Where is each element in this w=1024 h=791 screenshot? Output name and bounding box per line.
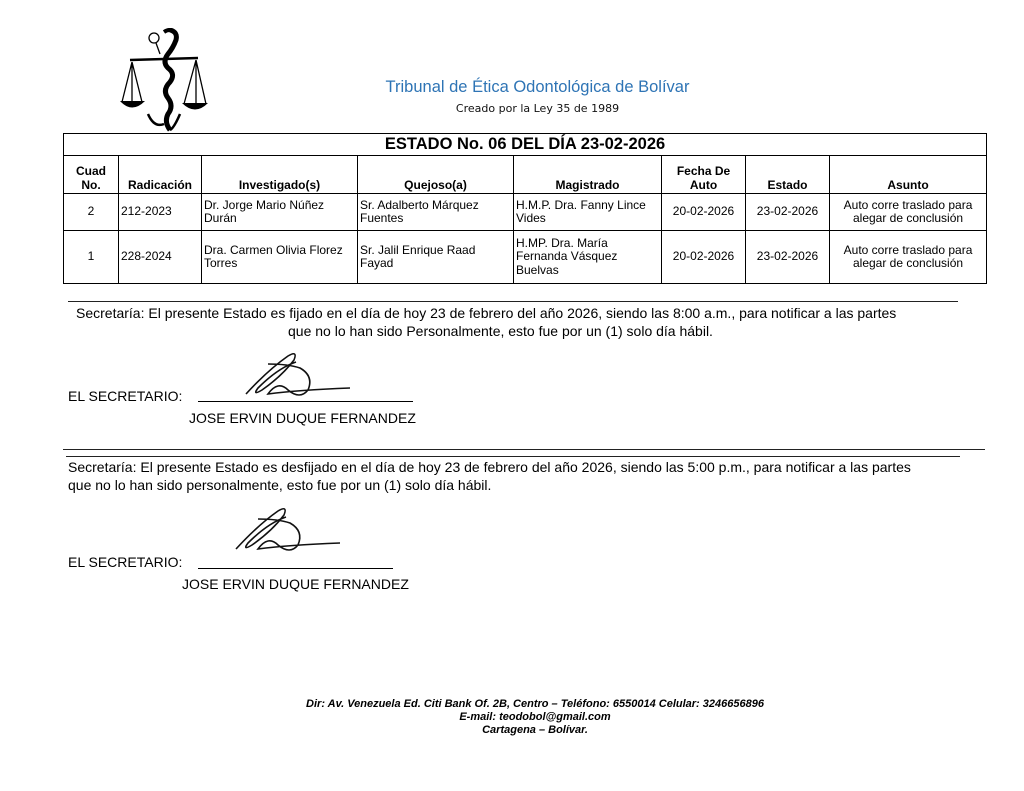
cell-quejoso: Sr. Adalberto Márquez Fuentes: [358, 194, 514, 231]
cell-quejoso: Sr. Jalil Enrique Raad Fayad: [358, 231, 514, 284]
cell-magistrado: H.MP. Dra. María Fernanda Vásquez Buelva…: [514, 231, 662, 284]
cell-cuad: 1: [64, 231, 119, 284]
cell-radicacion: 212-2023: [119, 194, 202, 231]
signer-name: JOSE ERVIN DUQUE FERNANDEZ: [182, 576, 409, 592]
organization-subtitle: Creado por la Ley 35 de 1989: [300, 102, 775, 115]
signature-line: [198, 401, 413, 402]
signature-line: [198, 568, 393, 569]
footer-email: E-mail: teodobol@gmail.com: [200, 711, 870, 724]
cell-asunto: Auto corre traslado para alegar de concl…: [830, 194, 987, 231]
cell-fecha-auto: 20-02-2026: [662, 231, 746, 284]
scales-of-justice-logo-icon: [118, 28, 210, 134]
cell-investigado: Dra. Carmen Olivia Florez Torres: [202, 231, 358, 284]
cell-fecha-auto: 20-02-2026: [662, 194, 746, 231]
col-header-cuad: Cuad No.: [64, 156, 119, 194]
cell-cuad: 2: [64, 194, 119, 231]
col-header-investigado: Investigado(s): [202, 156, 358, 194]
cell-asunto: Auto corre traslado para alegar de concl…: [830, 231, 987, 284]
footer-city: Cartagena – Bolívar.: [200, 724, 870, 737]
desfijacion-text-line1: Secretaría: El presente Estado es desfij…: [68, 459, 911, 476]
col-header-estado: Estado: [746, 156, 830, 194]
table-header-row: Cuad No. Radicación Investigado(s) Quejo…: [64, 156, 987, 194]
divider: [63, 449, 985, 450]
signer-name: JOSE ERVIN DUQUE FERNANDEZ: [189, 410, 416, 426]
col-header-asunto: Asunto: [830, 156, 987, 194]
col-header-magistrado: Magistrado: [514, 156, 662, 194]
desfijacion-text-line2: que no lo han sido personalmente, esto f…: [68, 477, 491, 494]
cell-radicacion: 228-2024: [119, 231, 202, 284]
cell-estado: 23-02-2026: [746, 194, 830, 231]
table-row: 2 212-2023 Dr. Jorge Mario Núñez Durán S…: [64, 194, 987, 231]
fijacion-text-line2: que no lo han sido Personalmente, esto f…: [288, 323, 713, 340]
estado-title: ESTADO No. 06 DEL DÍA 23-02-2026: [64, 134, 987, 156]
divider: [68, 301, 958, 302]
signer-label: EL SECRETARIO:: [68, 388, 182, 404]
cell-estado: 23-02-2026: [746, 231, 830, 284]
cell-magistrado: H.M.P. Dra. Fanny Lince Vides: [514, 194, 662, 231]
organization-title: Tribunal de Ética Odontológica de Bolíva…: [300, 78, 775, 97]
signer-label: EL SECRETARIO:: [68, 554, 182, 570]
estado-table: ESTADO No. 06 DEL DÍA 23-02-2026 Cuad No…: [63, 133, 987, 284]
signature-icon: [228, 505, 348, 555]
col-header-quejoso: Quejoso(a): [358, 156, 514, 194]
signature-icon: [238, 350, 358, 400]
footer-address: Dir: Av. Venezuela Ed. Citi Bank Of. 2B,…: [200, 698, 870, 711]
footer: Dir: Av. Venezuela Ed. Citi Bank Of. 2B,…: [200, 698, 870, 737]
col-header-radicacion: Radicación: [119, 156, 202, 194]
table-row: 1 228-2024 Dra. Carmen Olivia Florez Tor…: [64, 231, 987, 284]
divider: [66, 456, 960, 457]
cell-investigado: Dr. Jorge Mario Núñez Durán: [202, 194, 358, 231]
col-header-fecha-auto: Fecha De Auto: [662, 156, 746, 194]
fijacion-text-line1: Secretaría: El presente Estado es fijado…: [76, 305, 896, 322]
